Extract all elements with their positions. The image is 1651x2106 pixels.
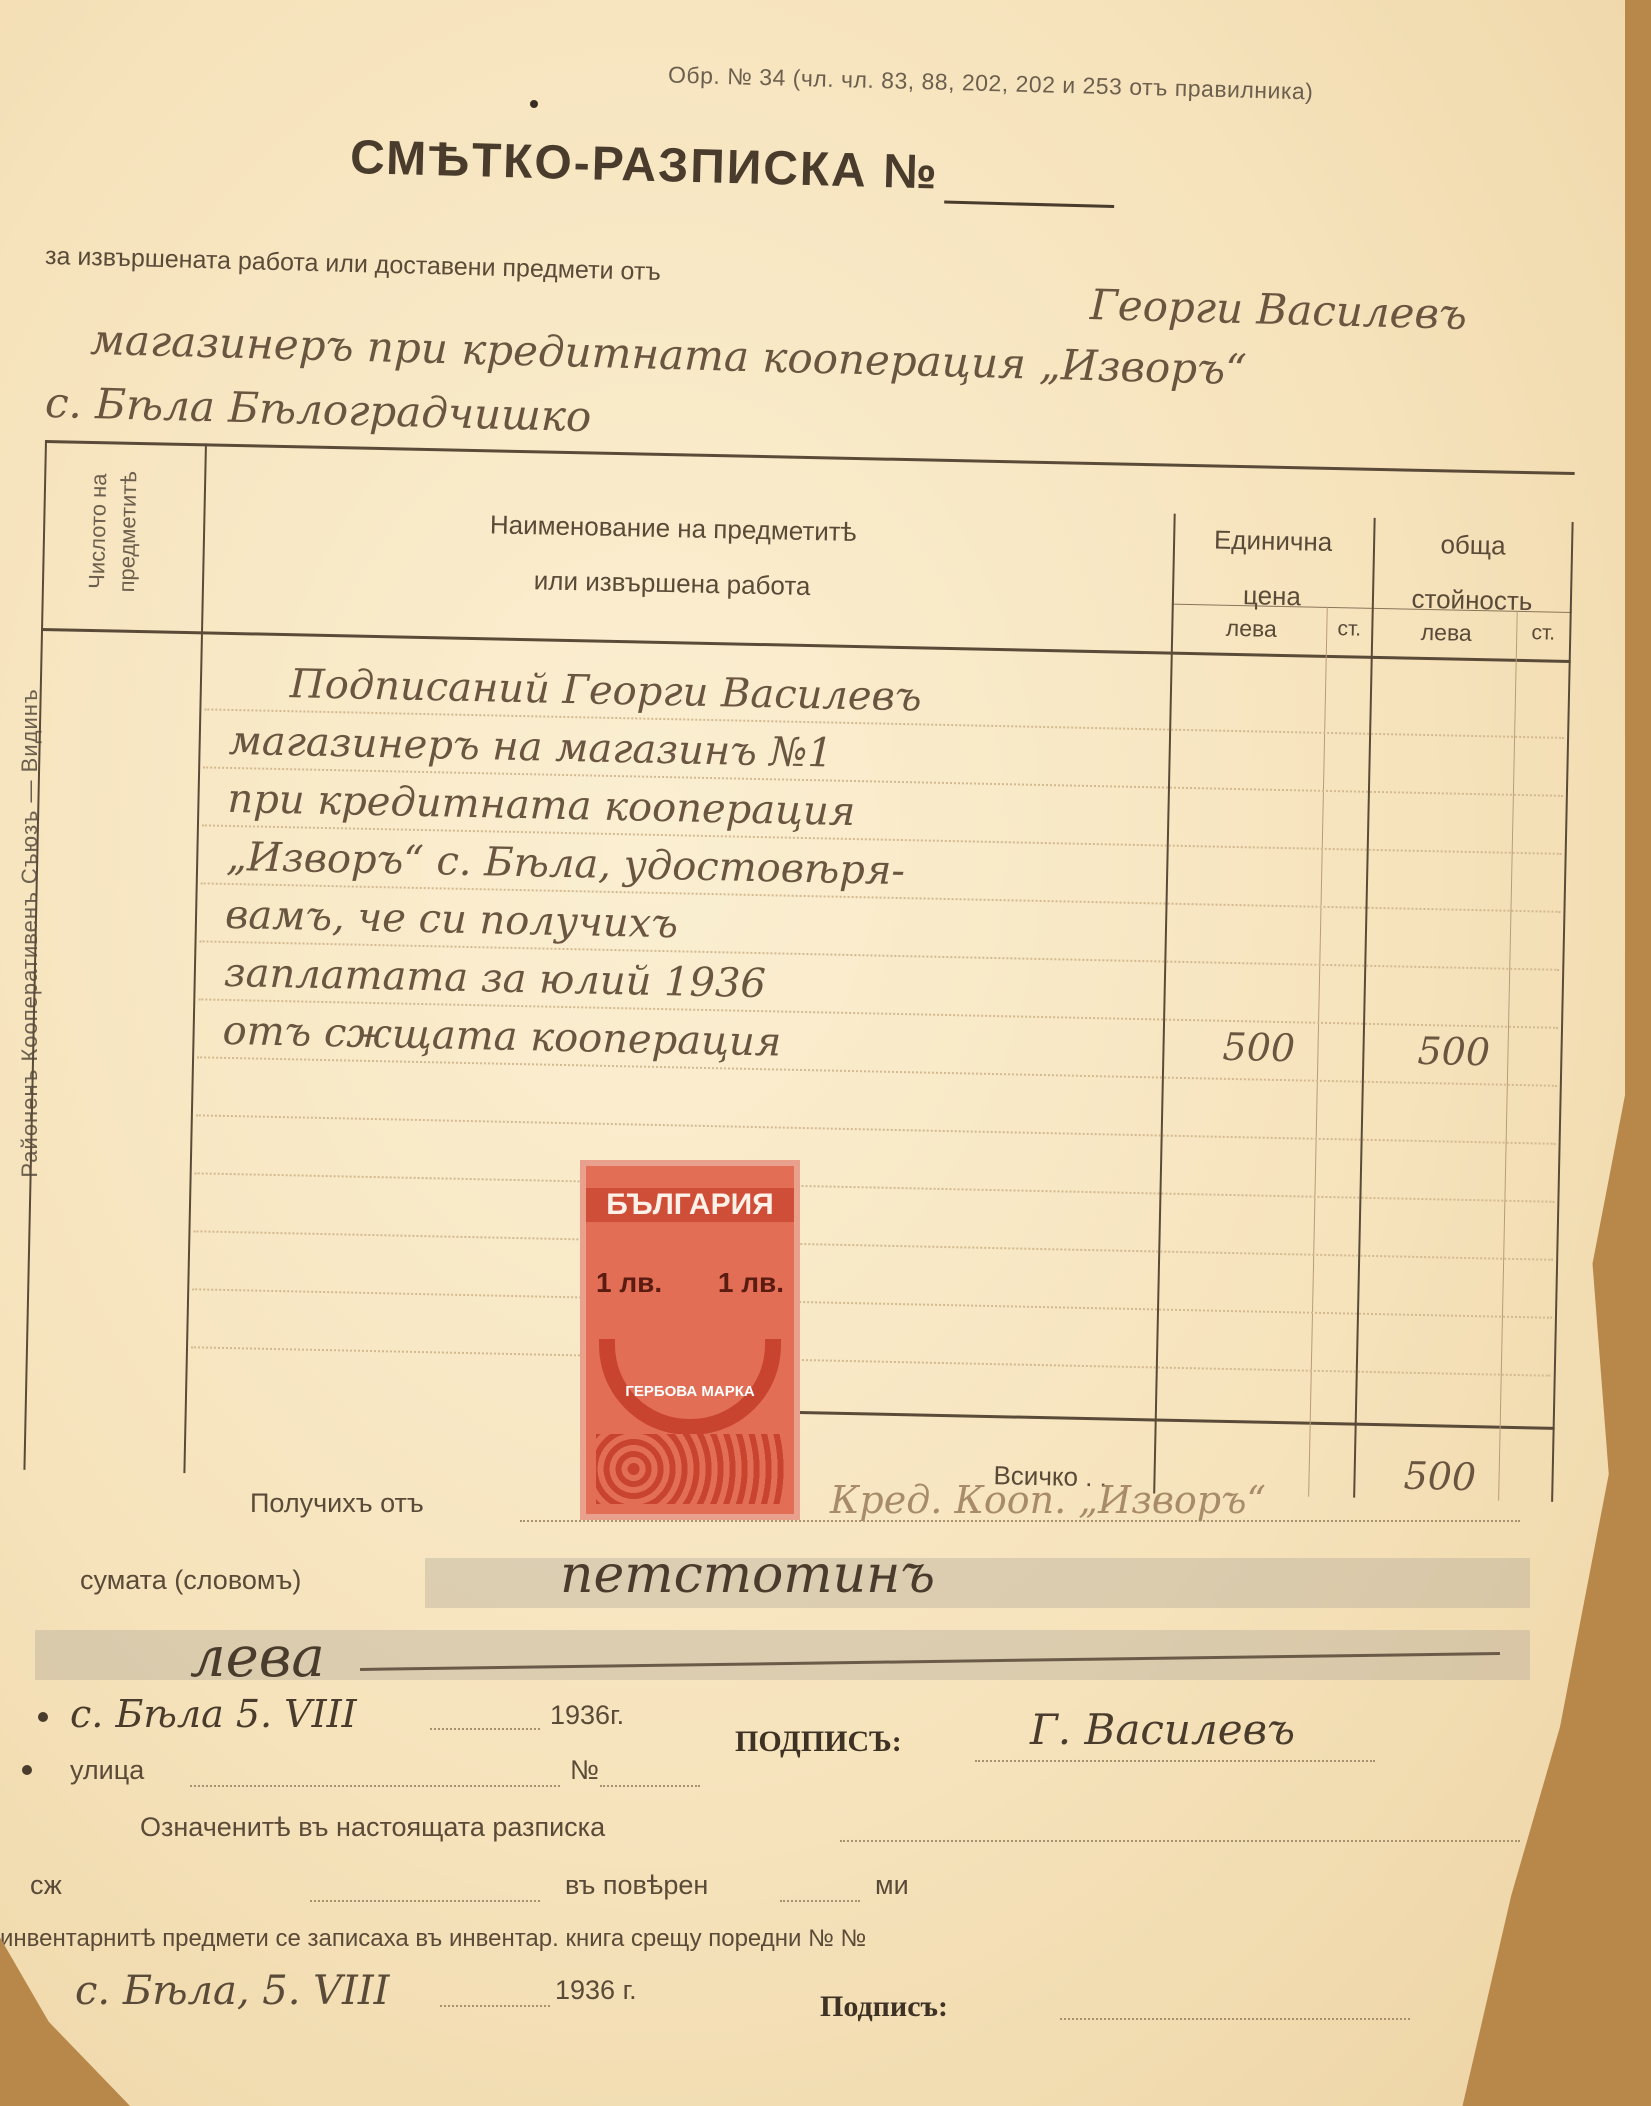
header-unit-st: ст.: [1329, 617, 1369, 642]
col-line-unit: [1353, 518, 1376, 1498]
year-label: 1936г.: [550, 1700, 624, 1731]
intro-label: за извършената работа или доставени пред…: [45, 242, 662, 287]
title-text: СМѢТКО-РАЗПИСКА №: [349, 131, 939, 199]
inventory-signature-label: Подписъ:: [820, 1990, 948, 2024]
inventory-date-line: [440, 2005, 550, 2007]
stamp-value-right: 1 лв.: [718, 1267, 784, 1299]
header-quantity: Числото на предметитѣ: [81, 451, 144, 612]
inventory-line-3: инвентарнитѣ предмети се записаха въ инв…: [0, 1925, 866, 1953]
stamp-country: БЪЛГАРИЯ: [586, 1188, 794, 1222]
document-title: СМѢТКО-РАЗПИСКА №: [349, 130, 1115, 208]
receipt-number-blank: [944, 146, 1115, 208]
inventory-signature-line: [1060, 2018, 1410, 2020]
margin-mark: [38, 1712, 48, 1722]
street-line: [190, 1785, 560, 1787]
received-from-label: Получихъ отъ: [250, 1488, 424, 1519]
receipt-document: Обр. № 34 (чл. чл. 83, 88, 202, 202 и 25…: [0, 0, 1625, 2106]
ruled-line: [195, 1172, 1555, 1202]
unit-price-leva: 500: [1222, 1025, 1295, 1071]
inventory-entrusted: въ повѣрен: [565, 1870, 708, 1901]
header-total-leva: лева: [1376, 618, 1517, 648]
stamp-value-left: 1 лв.: [596, 1267, 662, 1299]
header-unit-price-1: Единична: [1178, 524, 1369, 559]
number-label: №: [570, 1755, 599, 1786]
header-unit-price-2: цена: [1177, 579, 1368, 614]
inventory-year-label: 1936 г.: [555, 1975, 637, 2006]
header-description-2: или извършена работа: [322, 561, 1022, 607]
inventory-line-1-fill: [840, 1840, 1520, 1842]
revenue-stamp: БЪЛГАРИЯ 1 лв. 1 лв. ГЕРБОВА МАРКА 1936 …: [580, 1160, 800, 1520]
street-label: улица: [70, 1755, 144, 1786]
supplier-position: магазинеръ при кредитната кооперация „Из…: [90, 315, 1248, 394]
margin-mark: [22, 1765, 32, 1775]
header-total-1: обща: [1378, 528, 1569, 563]
header-total-2: стойность: [1377, 583, 1568, 618]
number-line: [600, 1785, 700, 1787]
header-unit-leva: лева: [1181, 614, 1322, 644]
date-line: [430, 1728, 540, 1730]
inventory-line-2-fill-b: [780, 1900, 860, 1902]
received-from-value: Кред. Кооп. „Изворъ“: [830, 1478, 1266, 1522]
stamp-floral-pattern: [596, 1434, 784, 1504]
col-line-desc: [1153, 514, 1176, 1494]
ruled-line: [193, 1230, 1553, 1260]
signature-line: [975, 1760, 1375, 1762]
col-line-qty: [183, 443, 207, 1473]
table-top-border: [45, 440, 1575, 475]
supplier-name: Георги Василевъ: [1089, 280, 1467, 339]
ruled-line: [196, 1114, 1556, 1144]
signature-value: Г. Василевъ: [1030, 1705, 1295, 1754]
header-total-st: ст.: [1519, 621, 1567, 646]
inventory-mi: ми: [875, 1870, 909, 1901]
total-leva: 500: [1417, 1029, 1490, 1075]
ruled-line: [192, 1288, 1552, 1318]
signature-label: ПОДПИСЪ:: [735, 1725, 902, 1759]
inventory-line-2-fill: [310, 1900, 540, 1902]
stamp-values: 1 лв. 1 лв.: [586, 1267, 794, 1299]
col-line-unit-st: [1308, 607, 1328, 1497]
table-row-description: Подписаний Георги Василевъ магазинеръ на…: [222, 654, 1130, 1079]
grand-total-leva: 500: [1403, 1454, 1476, 1500]
inventory-line-1: Означенитѣ въ настоящата разписка: [140, 1812, 605, 1843]
inventory-place-date: с. Бѣла, 5. VIII: [75, 1968, 389, 2014]
supplier-village: с. Бѣла Бѣлоградчишко: [44, 378, 591, 441]
inventory-sj: сж: [30, 1870, 62, 1901]
form-code: Обр. № 34 (чл. чл. 83, 88, 202, 202 и 25…: [668, 62, 1314, 106]
col-line-total-st: [1498, 611, 1518, 1501]
amount-words-value: петстотинъ: [560, 1545, 935, 1605]
ruled-line: [191, 1346, 1551, 1376]
header-description-1: Наименование на предметитѣ: [323, 506, 1023, 552]
ink-dot: [530, 100, 538, 108]
amount-words-label: сумата (словомъ): [80, 1565, 301, 1596]
amount-words-line2: лева: [190, 1625, 325, 1690]
stamp-type: ГЕРБОВА МАРКА: [586, 1383, 794, 1400]
place-date-value: с. Бѣла 5. VIII: [70, 1692, 357, 1736]
col-line-right: [1551, 522, 1574, 1502]
